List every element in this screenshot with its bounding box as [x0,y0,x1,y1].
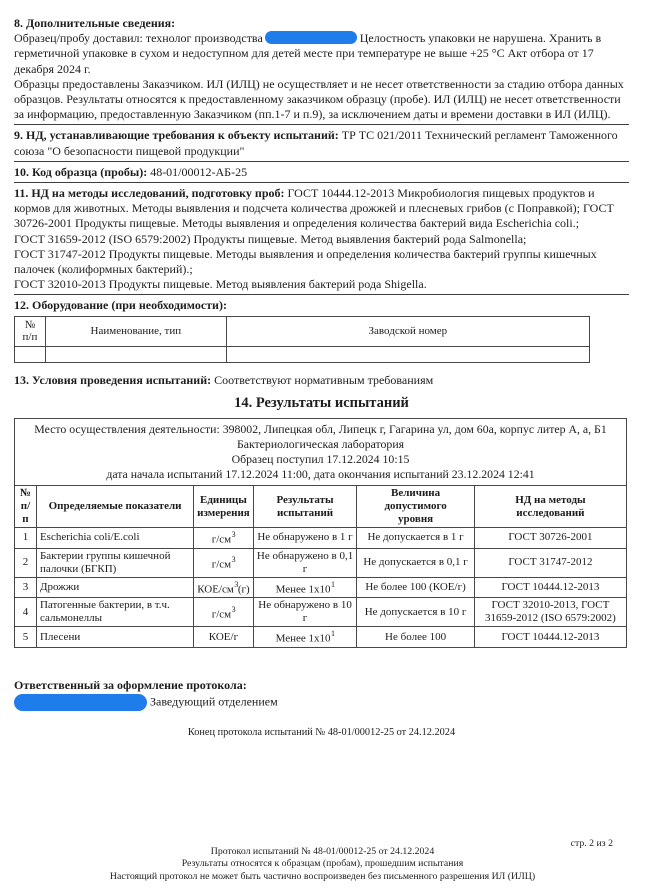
result-cell-level: Не допускается в 10 г [357,598,474,627]
section13-text: Соответствуют нормативным требованиям [211,373,433,387]
signature-block: Ответственный за оформление протокола: З… [14,678,629,740]
results-info-row: Место осуществления деятельности: 398002… [15,419,627,486]
result-cell-unit: КОЕ/см3(г) [194,577,254,598]
section10-paragraph: 10. Код образца (пробы): 48-01/00012-АБ-… [14,165,629,180]
section-methods: 11. НД на методы исследований, подготовк… [14,186,629,295]
results-col-unit: Единицы измерения [194,486,254,528]
results-info-address: Место осуществления деятельности: 398002… [21,422,620,437]
results-title: 14. Результаты испытаний [14,396,629,411]
result-cell-unit: г/см3 [194,548,254,577]
result-cell-num: 2 [15,548,37,577]
footer-line3: Настоящий протокол не может быть частичн… [0,871,645,883]
result-cell-num: 4 [15,598,37,627]
equipment-table: № п/п Наименование, тип Заводской номер [14,316,590,363]
results-info-lab: Бактериологическая лаборатория [21,437,620,452]
result-cell-indicator: Escherichia coli/E.coli [36,528,193,549]
results-col-method: НД на методы исследований [474,486,626,528]
equipment-cell-name [45,346,226,362]
result-cell-indicator: Патогенные бактерии, в т.ч. сальмонеллы [36,598,193,627]
result-cell-method: ГОСТ 32010-2013, ГОСТ 31659-2012 (ISO 65… [474,598,626,627]
results-table: Место осуществления деятельности: 398002… [14,418,627,648]
redaction-box-signature [14,694,147,711]
results-info-received: Образец поступил 17.12.2024 10:15 [21,452,620,467]
result-cell-num: 1 [15,528,37,549]
result-cell-level: Не более 100 (КОЕ/г) [357,577,474,598]
result-cell-indicator: Бактерии группы кишечной палочки (БГКП) [36,548,193,577]
results-info-cell: Место осуществления деятельности: 398002… [15,419,627,486]
result-cell-unit: г/см3 [194,598,254,627]
section11-intro: 11. НД на методы исследований, подготовк… [14,186,629,232]
section12-heading: 12. Оборудование (при необходимости): [14,298,629,313]
section-requirements: 9. НД, устанавливающие требования к объе… [14,128,629,161]
result-cell-method: ГОСТ 31747-2012 [474,548,626,577]
results-table-body: 1Escherichia coli/E.coliг/см3Не обнаруже… [15,528,627,648]
result-cell-result: Не обнаружено в 10 г [253,598,357,627]
section10-heading: 10. Код образца (пробы): [14,165,147,179]
section9-paragraph: 9. НД, устанавливающие требования к объе… [14,128,629,158]
signature-role: Заведующий отделением [150,694,278,708]
page-number: стр. 2 из 2 [571,838,613,850]
results-row: 1Escherichia coli/E.coliг/см3Не обнаруже… [15,528,627,549]
results-row: 2Бактерии группы кишечной палочки (БГКП)… [15,548,627,577]
footer-line1: Протокол испытаний № 48-01/00012-25 от 2… [0,846,645,858]
section-conditions: 13. Условия проведения испытаний: Соотве… [14,373,629,388]
section11-heading: 11. НД на методы исследований, подготовк… [14,186,285,200]
signature-line: Заведующий отделением [14,694,629,711]
result-cell-indicator: Плесени [36,627,193,648]
result-cell-method: ГОСТ 30726-2001 [474,528,626,549]
result-cell-result: Менее 1x101 [253,627,357,648]
section8-paragraph2: Образцы предоставлены Заказчиком. ИЛ (ИЛ… [14,77,629,123]
result-cell-indicator: Дрожжи [36,577,193,598]
result-cell-level: Не более 100 [357,627,474,648]
section-sample-code: 10. Код образца (пробы): 48-01/00012-АБ-… [14,165,629,183]
results-row: 3ДрожжиКОЕ/см3(г)Менее 1x101Не более 100… [15,577,627,598]
section-additional-info: 8. Дополнительные сведения: Образец/проб… [14,16,629,125]
equipment-col-name: Наименование, тип [45,316,226,346]
section9-heading: 9. НД, устанавливающие требования к объе… [14,128,339,142]
results-col-level: Величина допустимого уровня [357,486,474,528]
section11-line4: ГОСТ 32010-2013 Продукты пищевые. Метод … [14,277,629,292]
section-equipment: 12. Оборудование (при необходимости): № … [14,298,629,362]
result-cell-level: Не допускается в 0,1 г [357,548,474,577]
signature-label: Ответственный за оформление протокола: [14,678,629,693]
page-footer: стр. 2 из 2 Протокол испытаний № 48-01/0… [0,846,645,883]
results-row: 4Патогенные бактерии, в т.ч. сальмонеллы… [15,598,627,627]
result-cell-result: Не обнаружено в 0,1 г [253,548,357,577]
result-cell-result: Не обнаружено в 1 г [253,528,357,549]
results-header-row: № п/п Определяемые показатели Единицы из… [15,486,627,528]
equipment-empty-row [15,346,590,362]
result-cell-unit: КОЕ/г [194,627,254,648]
section13-heading: 13. Условия проведения испытаний: [14,373,211,387]
protocol-end-line: Конец протокола испытаний № 48-01/00012-… [14,725,629,740]
result-cell-num: 3 [15,577,37,598]
result-cell-result: Менее 1x101 [253,577,357,598]
protocol-page: 8. Дополнительные сведения: Образец/проб… [0,0,645,893]
equipment-cell-num [15,346,46,362]
results-col-num: № п/п [15,486,37,528]
redaction-box [265,31,357,44]
results-info-dates: дата начала испытаний 17.12.2024 11:00, … [21,467,620,482]
results-row: 5ПлесениКОЕ/гМенее 1x101Не более 100ГОСТ… [15,627,627,648]
footer-line2: Результаты относятся к образцам (пробам)… [0,858,645,870]
result-cell-method: ГОСТ 10444.12-2013 [474,627,626,648]
results-col-indicator: Определяемые показатели [36,486,193,528]
result-cell-num: 5 [15,627,37,648]
section11-line3: ГОСТ 31747-2012 Продукты пищевые. Методы… [14,247,629,277]
page-content: 8. Дополнительные сведения: Образец/проб… [0,0,645,740]
equipment-header-row: № п/п Наименование, тип Заводской номер [15,316,590,346]
section8-text-before-redaction: Образец/пробу доставил: технолог произво… [14,31,263,45]
equipment-col-serial: Заводской номер [226,316,589,346]
result-cell-method: ГОСТ 10444.12-2013 [474,577,626,598]
result-cell-level: Не допускается в 1 г [357,528,474,549]
section8-paragraph1: Образец/пробу доставил: технолог произво… [14,31,629,77]
section8-heading: 8. Дополнительные сведения: [14,16,629,31]
results-col-result: Результаты испытаний [253,486,357,528]
result-cell-unit: г/см3 [194,528,254,549]
section11-line2: ГОСТ 31659-2012 (ISO 6579:2002) Продукты… [14,232,629,247]
sample-code-value: 48-01/00012-АБ-25 [147,165,247,179]
equipment-cell-serial [226,346,589,362]
equipment-col-num: № п/п [15,316,46,346]
